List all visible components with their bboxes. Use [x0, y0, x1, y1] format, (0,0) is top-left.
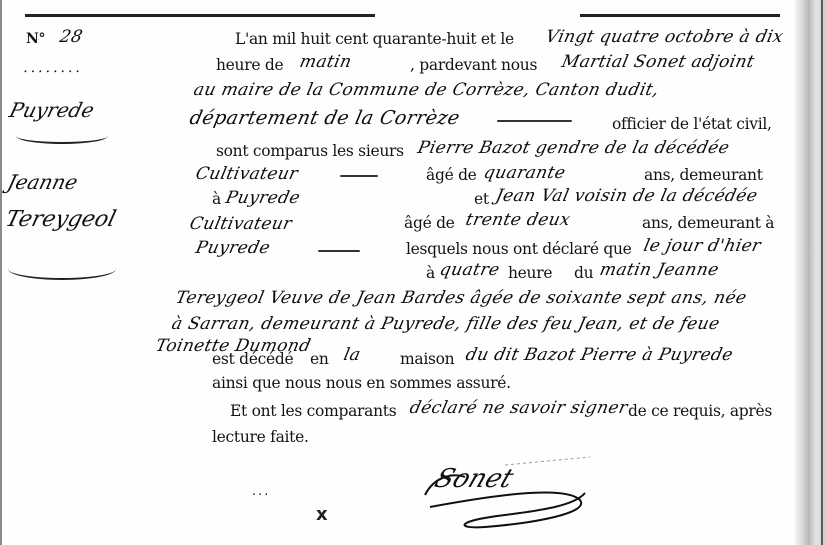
witness-cross-mark: x: [316, 504, 330, 525]
binding-line: [821, 0, 823, 545]
line13-printed-a: est décédé: [212, 350, 293, 368]
margin-dots: ........: [22, 58, 86, 78]
page-binding-edge: [795, 0, 825, 545]
record-page: N° 28 ........ Puyrede Jeanne Tereygeol …: [0, 0, 825, 545]
line8-handwritten-a: Cultivateur: [188, 214, 294, 234]
line1-handwritten: Vingt quatre octobre à dix: [544, 27, 785, 47]
line10-handwritten-b: matin Jeanne: [598, 260, 721, 280]
line10-printed-a: à: [426, 264, 435, 282]
line11-handwritten: Tereygeol Veuve de Jean Bardes âgée de s…: [174, 288, 749, 308]
margin-swash-2: [8, 258, 116, 280]
line14-printed: ainsi que nous nous en sommes assuré.: [212, 374, 511, 392]
line7-printed-a: à: [212, 190, 221, 208]
line6-handwritten: Cultivateur: [194, 164, 300, 184]
line9-handwritten-b: le jour d'hier: [642, 236, 763, 256]
line9-handwritten-a: Puyrede: [194, 238, 272, 258]
line5-handwritten: Pierre Bazot gendre de la décédée: [416, 138, 731, 158]
line1-printed: L'an mil huit cent quarante-huit et le: [235, 30, 514, 48]
line2-printed-a: heure de: [216, 56, 283, 74]
line6-printed-a: âgé de: [426, 166, 477, 184]
line10-printed-c: du: [574, 264, 593, 282]
line7-printed-b: et: [474, 190, 489, 208]
line10-printed-b: heure: [508, 264, 552, 282]
margin-swash: [16, 128, 108, 144]
witness-dots: ...: [252, 484, 270, 499]
record-number-value: 28: [58, 27, 85, 47]
line16-printed: lecture faite.: [212, 428, 309, 446]
line4-handwritten: département de la Corrèze: [188, 108, 462, 128]
line13-handwritten-c: du dit Bazot Pierre à Puyrede: [464, 345, 735, 365]
line4-printed: officier de l'état civil,: [612, 115, 772, 133]
line8-handwritten-b: trente deux: [464, 210, 572, 230]
line13-printed-b: en: [310, 350, 329, 368]
line12-handwritten: à Sarran, demeurant à Puyrede, fille des…: [170, 314, 722, 334]
signature-flourish-icon: [415, 455, 595, 535]
line8-printed-a: âgé de: [404, 214, 455, 232]
line2-handwritten-a: matin: [298, 52, 354, 72]
margin-given-name: Jeanne: [5, 170, 80, 194]
line7-handwritten-b: Jean Val voisin de la décédée: [494, 186, 760, 206]
page-left-border: [0, 0, 2, 545]
line15-printed-a: Et ont les comparants: [230, 402, 396, 420]
margin-place: Puyrede: [7, 98, 97, 122]
fill-dash: [318, 250, 360, 252]
line6-printed-b: ans, demeurant: [644, 166, 763, 184]
margin-surname: Tereygeol: [3, 207, 119, 232]
fill-dash: [340, 175, 378, 177]
top-rule-right: [580, 14, 780, 17]
line15-handwritten: déclaré ne savoir signer: [408, 398, 630, 418]
line5-printed: sont comparus les sieurs: [216, 142, 404, 160]
line9-printed-a: lesquels nous ont déclaré que: [406, 240, 632, 258]
line15-printed-b: de ce requis, après: [628, 402, 772, 420]
fill-dash: [497, 120, 572, 122]
line8-printed-b: ans, demeurant à: [642, 214, 774, 232]
line7-handwritten-a: Puyrede: [224, 188, 302, 208]
line2-printed-b: , pardevant nous: [410, 56, 537, 74]
line6-handwritten-b: quarante: [482, 163, 568, 183]
top-rule: [25, 14, 375, 17]
record-number-label: N°: [26, 30, 45, 48]
line13-printed-c: maison: [400, 350, 454, 368]
line3-handwritten: au maire de la Commune de Corrèze, Canto…: [192, 80, 661, 100]
line13-handwritten-b: la: [342, 345, 363, 365]
line2-handwritten-b: Martial Sonet adjoint: [560, 52, 756, 72]
line10-handwritten-a: quatre: [438, 260, 502, 280]
